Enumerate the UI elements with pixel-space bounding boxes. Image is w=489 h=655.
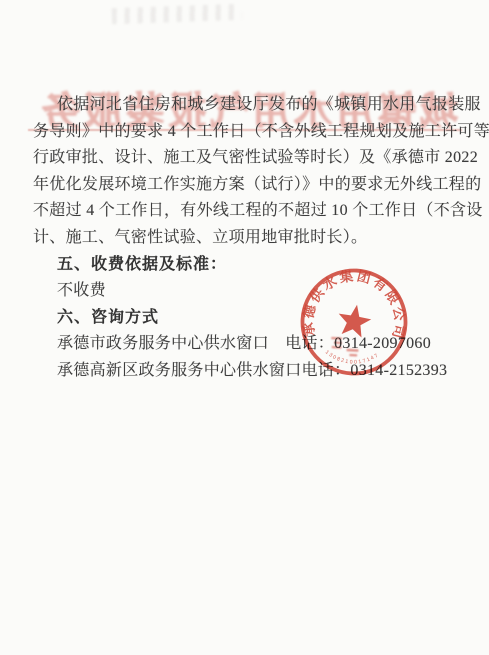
paragraph-line: 行政审批、设计、施工及气密性试验等时长）及《承德市 2022 — [33, 145, 468, 172]
paragraph-line: 依据河北省住房和城乡建设厅发布的《城镇用水用气报装服 — [33, 92, 468, 119]
paragraph-line: 年优化发展环境工作实施方案（试行）》中的要求无外线工程的 — [33, 172, 468, 199]
star-icon — [335, 302, 373, 339]
paragraph-line: 务导则》中的要求 4 个工作日（不含外线工程规划及施工许可等 — [33, 119, 468, 146]
paragraph-line: 不超过 4 个工作日，有外线工程的不超过 10 个工作日（不含设 — [33, 198, 468, 225]
company-seal-stamp: 承德供水集团有限公司 1308210017147 — [285, 253, 424, 392]
scan-smudge — [112, 4, 242, 25]
seal-code-text: 1308210017147 — [323, 349, 381, 367]
paragraph-line: 计、施工、气密性试验、立项用地审批时长）。 — [33, 225, 468, 252]
seal-inner-marks — [330, 337, 359, 357]
scanned-document-page: 城镇用水用气报装服务 依据河北省住房和城乡建设厅发布的《城镇用水用气报装服 务导… — [0, 0, 489, 655]
